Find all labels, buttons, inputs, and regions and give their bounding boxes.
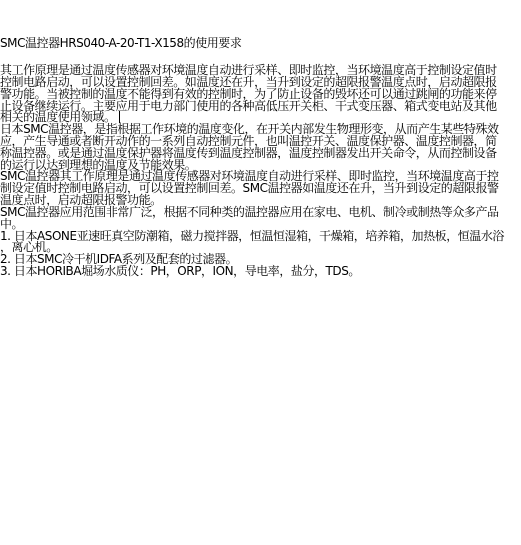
document-title: SMC温控器HRS040-A-20-T1-X158的使用要求 [0, 37, 241, 49]
list-item: 3. 日本HORIBA堀场水质仪：PH，ORP，ION，导电率，盐分，TDS。 [0, 265, 360, 277]
text-line: SMC温控器应用范围非常广泛，根据不同种类的温控器应用在家电、电机、制冷或制热等… [0, 206, 499, 218]
list-item: 1. 日本ASONE亚速旺真空防潮箱，磁力搅拌器，恒温恒湿箱，干燥箱，培养箱，加… [0, 230, 504, 242]
